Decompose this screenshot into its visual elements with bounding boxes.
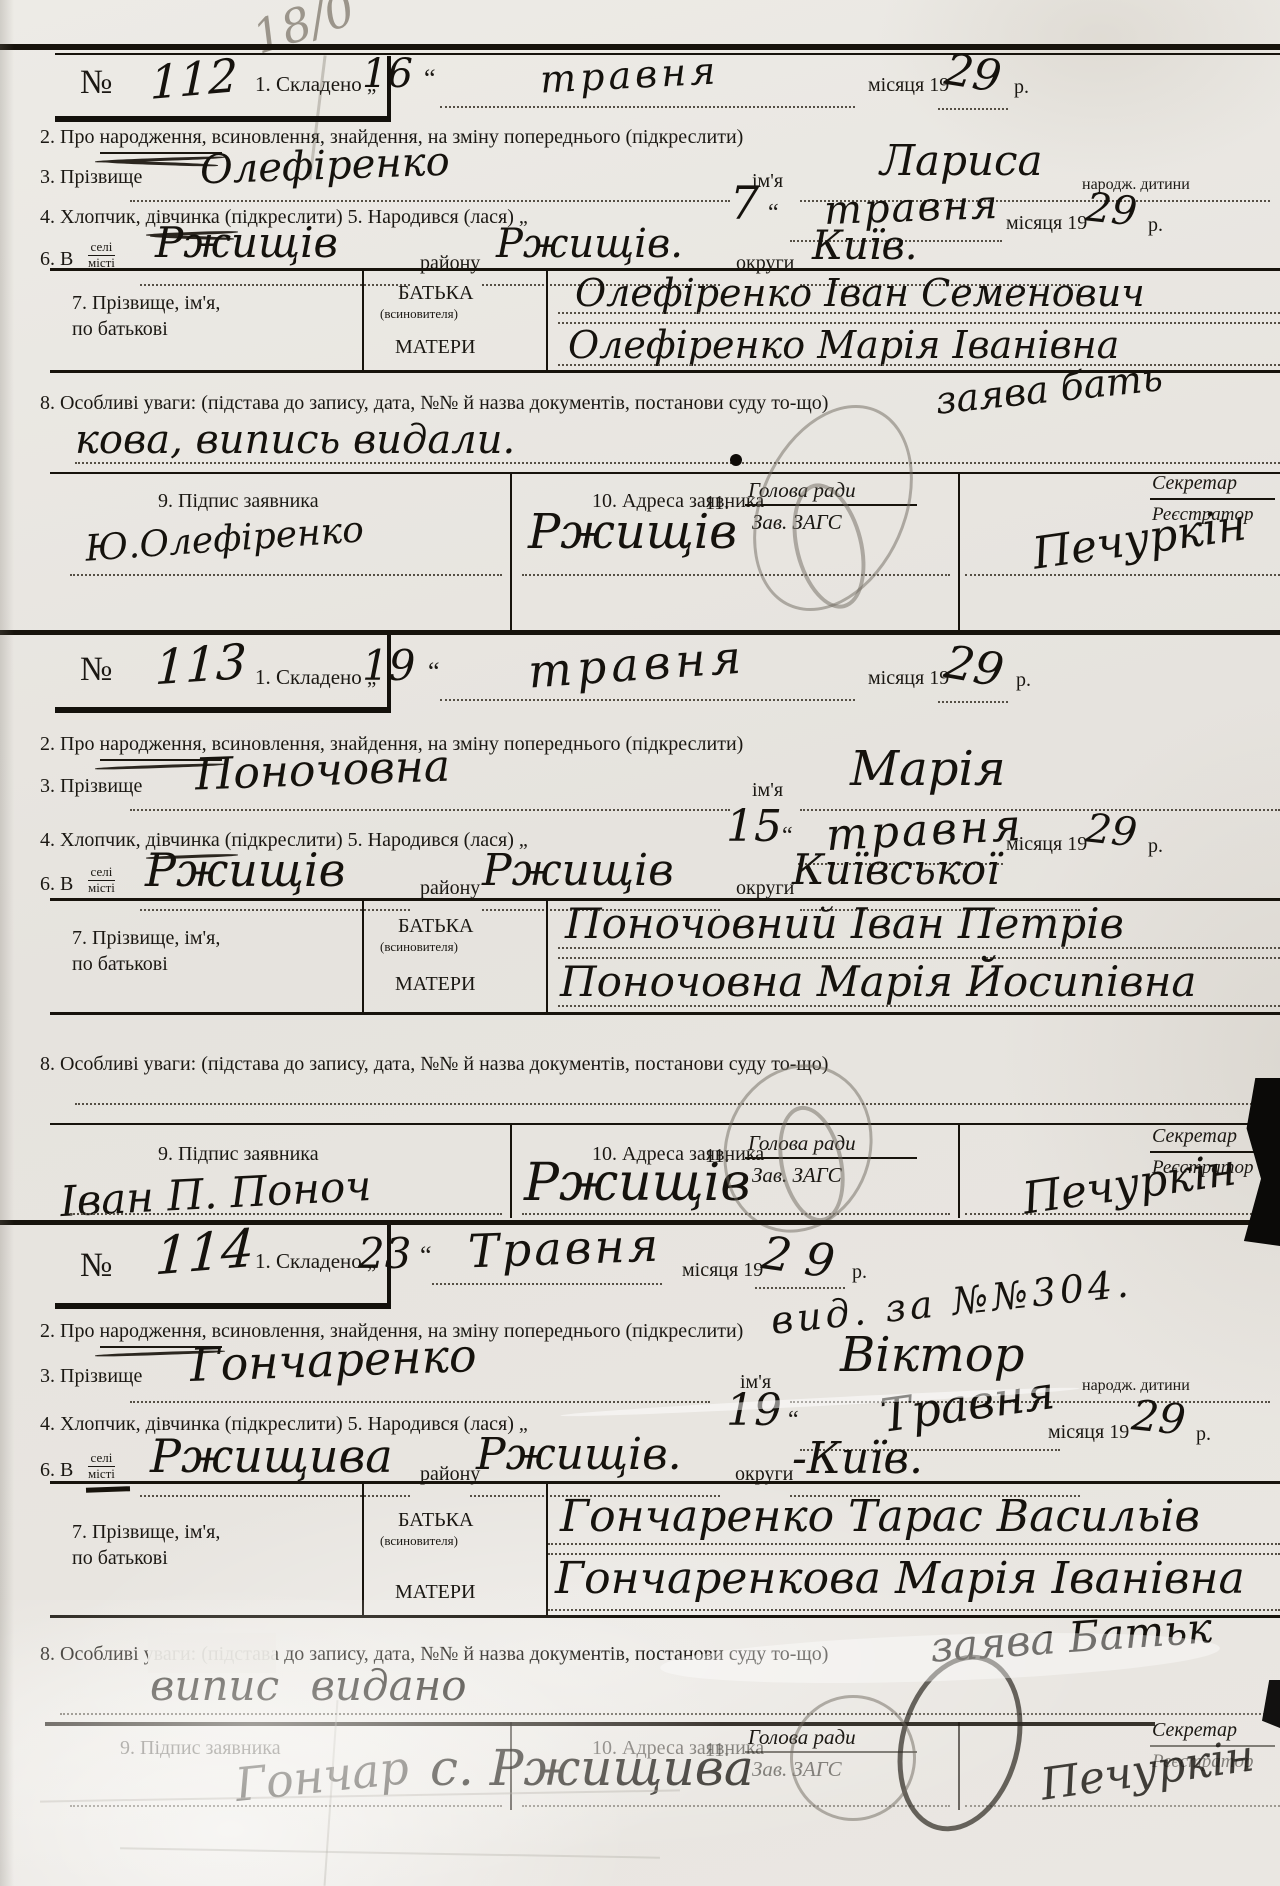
row7a-label: 7. Прізвище, ім'я, xyxy=(72,927,220,950)
applicant-address: с. Ржищива xyxy=(430,1743,754,1793)
year-r-label: р. xyxy=(852,1261,867,1284)
divider xyxy=(958,472,960,630)
mother-label: МАТЕРИ xyxy=(395,1581,475,1604)
seli-label: селі xyxy=(88,865,115,881)
composed-month: травня xyxy=(539,51,720,98)
row8-label: 8. Особливі уваги: (підстава до запису, … xyxy=(40,1053,828,1076)
year-r-label: р. xyxy=(1016,669,1031,692)
in-label: 6. В xyxy=(40,1459,73,1482)
divider xyxy=(546,898,548,1012)
blank-line xyxy=(558,1005,1280,1007)
record-114: № 114 1. Складено „ 23 “ Травня місяця 1… xyxy=(0,1225,1280,1886)
applicant-signature: Ю.Олефіренко xyxy=(84,512,365,567)
fraction-line xyxy=(1150,498,1275,500)
year-r-label: р. xyxy=(1148,835,1163,858)
okruha-entry: -Київ. xyxy=(792,1437,923,1481)
father-label: БАТЬКА xyxy=(398,1509,473,1532)
surname-label: 3. Прізвище xyxy=(40,166,142,189)
record-112: № 112 1. Складено „ 16 “ травня місяця 1… xyxy=(0,52,1280,635)
scanned-registry-page: 18/0 № 112 1. Складено „ 16 “ травня міс… xyxy=(0,0,1280,1886)
mother-label: МАТЕРИ xyxy=(395,336,475,359)
composed-label: 1. Складено „ xyxy=(255,665,376,690)
surname-label: 3. Прізвище xyxy=(40,1365,142,1388)
composed-year: 29 xyxy=(759,1229,851,1287)
left-edge-shadow xyxy=(0,0,14,1886)
raion-entry: Ржищів. xyxy=(476,1433,682,1477)
blank-line xyxy=(75,462,1280,464)
blank-line xyxy=(522,574,950,576)
composed-month: травня xyxy=(527,633,748,694)
signature-strip-rule xyxy=(50,1123,1280,1125)
secretary-signature: Печуркін xyxy=(1020,1148,1239,1221)
divider xyxy=(546,1481,548,1615)
divider xyxy=(510,1123,512,1218)
year-r-label: р. xyxy=(1148,214,1163,237)
top-rule-thick xyxy=(0,44,1280,50)
blank-line xyxy=(440,106,855,108)
blank-line xyxy=(965,1213,1280,1215)
blank-line xyxy=(522,1213,950,1215)
close-quote: “ xyxy=(428,657,440,687)
father-entry: Гончаренко Тарас Васильів xyxy=(560,1495,1200,1539)
blank-line xyxy=(548,1543,1280,1545)
blank-line xyxy=(130,809,730,811)
father-label: БАТЬКА xyxy=(398,282,473,305)
seli-label: селі xyxy=(88,240,115,256)
composed-day: 23 xyxy=(358,1233,411,1275)
seli-misti-fraction: селі місті xyxy=(88,865,115,896)
composed-month: Травня xyxy=(467,1222,662,1275)
given-name-entry: Лариса xyxy=(880,140,1043,182)
birth-year-entry: 29 xyxy=(1084,187,1139,232)
month-19-label: місяця 19 xyxy=(682,1259,763,1282)
notes-entry-2: кова, випись видали. xyxy=(75,420,515,460)
year-r-label: р. xyxy=(1196,1423,1211,1446)
surname-entry: Олефіренко xyxy=(199,142,450,191)
okruha-entry: Київ. xyxy=(812,226,918,266)
blank-line xyxy=(70,1213,502,1215)
birth-day-entry: 15 xyxy=(726,805,782,849)
raion-label: району xyxy=(420,877,480,900)
raion-label: району xyxy=(420,252,480,275)
surname-label: 3. Прізвище xyxy=(40,775,142,798)
father-entry: Поночовний Іван Петрів xyxy=(565,903,1124,945)
okruha-label: округи xyxy=(736,877,794,900)
blank-line xyxy=(75,1103,1280,1105)
year-r-label: р. xyxy=(1014,76,1029,99)
divider xyxy=(362,898,364,1012)
blank-line xyxy=(432,1283,662,1285)
row7a-label: 7. Прізвище, ім'я, xyxy=(72,292,220,315)
seli-label: селі xyxy=(88,1451,115,1467)
mother-entry: Олефіренко Марія Іванівна xyxy=(568,326,1119,364)
in-label: 6. В xyxy=(40,873,73,896)
row7a-label: 7. Прізвище, ім'я, xyxy=(72,1521,220,1544)
row8-label: 8. Особливі уваги: (підстава до запису, … xyxy=(40,392,828,415)
no-sign: № xyxy=(80,64,112,102)
divider xyxy=(546,268,548,370)
divider xyxy=(510,472,512,630)
blank-line xyxy=(60,1713,1280,1715)
applicant-address: Ржищів xyxy=(528,508,737,556)
composed-label: 1. Складено „ xyxy=(255,72,376,97)
misti-strikeout xyxy=(86,1486,130,1493)
blank-line xyxy=(70,574,502,576)
place-entry: Ржищива xyxy=(150,1433,393,1479)
record-number: 112 xyxy=(150,52,238,106)
secretary-signature: Печуркін xyxy=(1038,1734,1257,1807)
blank-line xyxy=(130,200,730,202)
father-sub-label: (всиновителя) xyxy=(380,306,458,322)
blank-line xyxy=(755,1287,845,1289)
row7b-label: по батькові xyxy=(72,318,168,341)
divider xyxy=(362,1481,364,1615)
close-quote: “ xyxy=(420,1241,432,1271)
month-19-label: місяця 19 xyxy=(1006,212,1087,235)
record-113: № 113 1. Складено „ 19 “ травня місяця 1… xyxy=(0,635,1280,1225)
mother-entry: Поночовна Марія Йосипівна xyxy=(560,961,1196,1003)
surname-entry: Поночовна xyxy=(194,745,450,798)
birth-year-entry: 29 xyxy=(1084,808,1139,853)
divider xyxy=(958,1123,960,1218)
row9-label: 9. Підпис заявника xyxy=(158,490,319,513)
record-number: 114 xyxy=(154,1222,256,1283)
blank-line xyxy=(965,1805,1280,1807)
blank-line xyxy=(938,701,1008,703)
blank-line xyxy=(140,284,410,286)
close-quote: “ xyxy=(424,64,436,94)
month-19-label: місяця 19 xyxy=(1048,1421,1129,1444)
composed-day: 16 xyxy=(362,54,413,94)
misti-label: місті xyxy=(88,1467,115,1482)
blank-line xyxy=(440,699,855,701)
month-19-label: місяця 19 xyxy=(1006,833,1087,856)
blank-line xyxy=(140,909,410,911)
close-quote: “ xyxy=(768,200,779,227)
row7b-label: по батькові xyxy=(72,953,168,976)
divider xyxy=(362,268,364,370)
mother-entry: Гончаренкова Марія Іванівна xyxy=(555,1557,1245,1601)
father-entry: Олефіренко Іван Семенович xyxy=(575,274,1145,312)
section-rule xyxy=(50,1481,1280,1484)
mother-label: МАТЕРИ xyxy=(395,973,475,996)
birth-day-entry: 19 xyxy=(726,1389,782,1433)
given-name-entry: Марія xyxy=(850,745,1006,793)
secretary-signature: Печуркін xyxy=(1030,503,1249,576)
father-label: БАТЬКА xyxy=(398,915,473,938)
sec1-label: Секретар xyxy=(1152,472,1237,495)
blank-line xyxy=(558,312,1280,314)
composed-year: 29 xyxy=(942,48,1004,100)
birth-day-entry: 7 xyxy=(730,180,759,226)
no-sign: № xyxy=(80,651,112,689)
seli-misti-fraction: селі місті xyxy=(88,240,115,271)
blank-line xyxy=(558,364,1280,366)
signature-strip-rule xyxy=(50,472,1280,474)
notes-entry-2: випис видано xyxy=(150,1665,467,1707)
place-entry: Ржищів xyxy=(145,847,345,893)
notes-entry-1: заява бать xyxy=(934,358,1165,420)
blank-line xyxy=(558,947,1280,949)
place-entry: Ржищів xyxy=(155,222,338,264)
blank-line xyxy=(965,574,1280,576)
okruha-entry: Київської xyxy=(792,849,1000,891)
composed-year: 29 xyxy=(941,638,1007,693)
row7b-label: по батькові xyxy=(72,1547,168,1570)
surname-entry: Гончаренко xyxy=(189,1332,477,1388)
no-sign: № xyxy=(80,1247,112,1285)
section-rule xyxy=(50,1012,1280,1015)
composed-day: 19 xyxy=(362,645,415,687)
birth-year-entry: 29 xyxy=(1130,1394,1188,1441)
name-label: ім'я xyxy=(752,779,783,802)
blank-line xyxy=(140,1495,410,1497)
close-quote: “ xyxy=(788,1407,799,1434)
misti-label: місті xyxy=(88,881,115,896)
raion-entry: Ржищів xyxy=(482,849,674,893)
blank-line xyxy=(70,1805,502,1807)
seli-misti-fraction: селі місті xyxy=(88,1451,115,1482)
ink-blot xyxy=(730,454,742,466)
month-19-label: місяця 19 xyxy=(868,667,949,690)
row9-label: 9. Підпис заявника xyxy=(158,1143,319,1166)
applicant-address: Ржищів xyxy=(524,1157,751,1209)
month-19-label: місяця 19 xyxy=(868,74,949,97)
blank-line xyxy=(130,1401,710,1403)
raion-entry: Ржищів. xyxy=(496,224,683,264)
blank-line xyxy=(938,108,1008,110)
record-number: 113 xyxy=(154,638,247,693)
father-sub-label: (всиновителя) xyxy=(380,1533,458,1549)
father-sub-label: (всиновителя) xyxy=(380,939,458,955)
